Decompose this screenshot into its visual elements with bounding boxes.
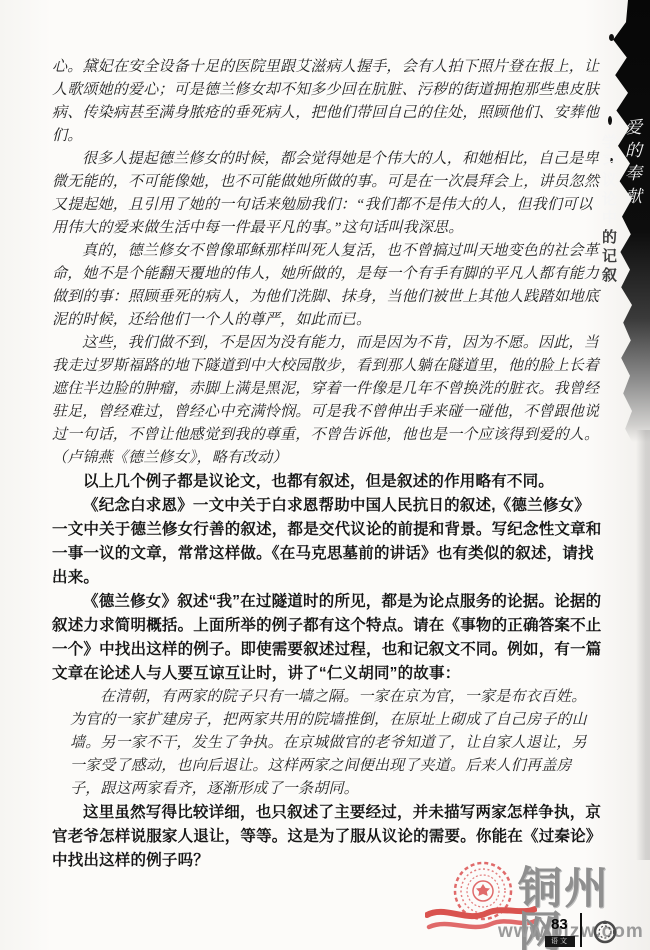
body-text-column: 心。黛妃在安全设备十足的医院里跟艾滋病人握手，会有人拍下照片登在报上，让人歌颂她… <box>52 56 604 873</box>
paragraph-quote: 这些，我们做不到，不是因为没有能力，而是因为不肯，因为不愿。因此，当我走过罗斯福… <box>52 332 604 470</box>
page-edge-shadow <box>636 430 650 860</box>
compass-icon <box>592 919 618 945</box>
paragraph-commentary: 以上几个例子都是议论文，也都有叙述，但是叙述的作用略有不同。 <box>52 470 604 494</box>
scan-speck <box>608 116 612 125</box>
scan-speck <box>609 34 614 41</box>
paragraph-blockquote-story: 在清朝，有两家的院子只有一墙之隔。一家在京为官，一家是布衣百姓。为官的一家扩建房… <box>70 686 598 801</box>
page-footer: 铜州网 www.blzw.com 83 语文 <box>0 855 650 950</box>
lesson-title-lower: 的记叙 <box>600 229 617 286</box>
paragraph-quote-continuation: 心。黛妃在安全设备十足的医院里跟艾滋病人握手，会有人拍下照片登在报上，让人歌颂她… <box>52 56 604 148</box>
unit-title: 爱的奉献 <box>619 118 644 286</box>
crop-mark <box>580 913 582 947</box>
page-number: 83 <box>551 916 568 933</box>
subject-tag: 语文 <box>545 936 575 947</box>
scanned-textbook-page: 心。黛妃在安全设备十足的医院里跟艾滋病人握手，会有人拍下照片登在报上，让人歌颂她… <box>0 0 650 950</box>
paragraph-commentary: 《纪念白求恩》一文中关于白求恩帮助中国人民抗日的叙述,《德兰修女》一文中关于德兰… <box>52 494 604 590</box>
lesson-title: 学习议论中的记叙 <box>598 134 619 286</box>
lesson-title-upper: 学习议论中 <box>600 134 617 229</box>
paragraph-commentary: 《德兰修女》叙述“我”在过隧道时的所见，都是为论点服务的论据。论据的叙述力求简明… <box>52 590 604 686</box>
paragraph-quote: 很多人提起德兰修女的时候，都会觉得她是个伟大的人，和她相比，自己是卑微无能的，不… <box>52 148 604 240</box>
paragraph-quote: 真的，德兰修女不曾像耶稣那样叫死人复活，也不曾搞过叫天地变色的社会革命，她不是个… <box>52 240 604 332</box>
sidebar-vertical-titles: 爱的奉献 学习议论中的记叙 <box>618 118 644 286</box>
